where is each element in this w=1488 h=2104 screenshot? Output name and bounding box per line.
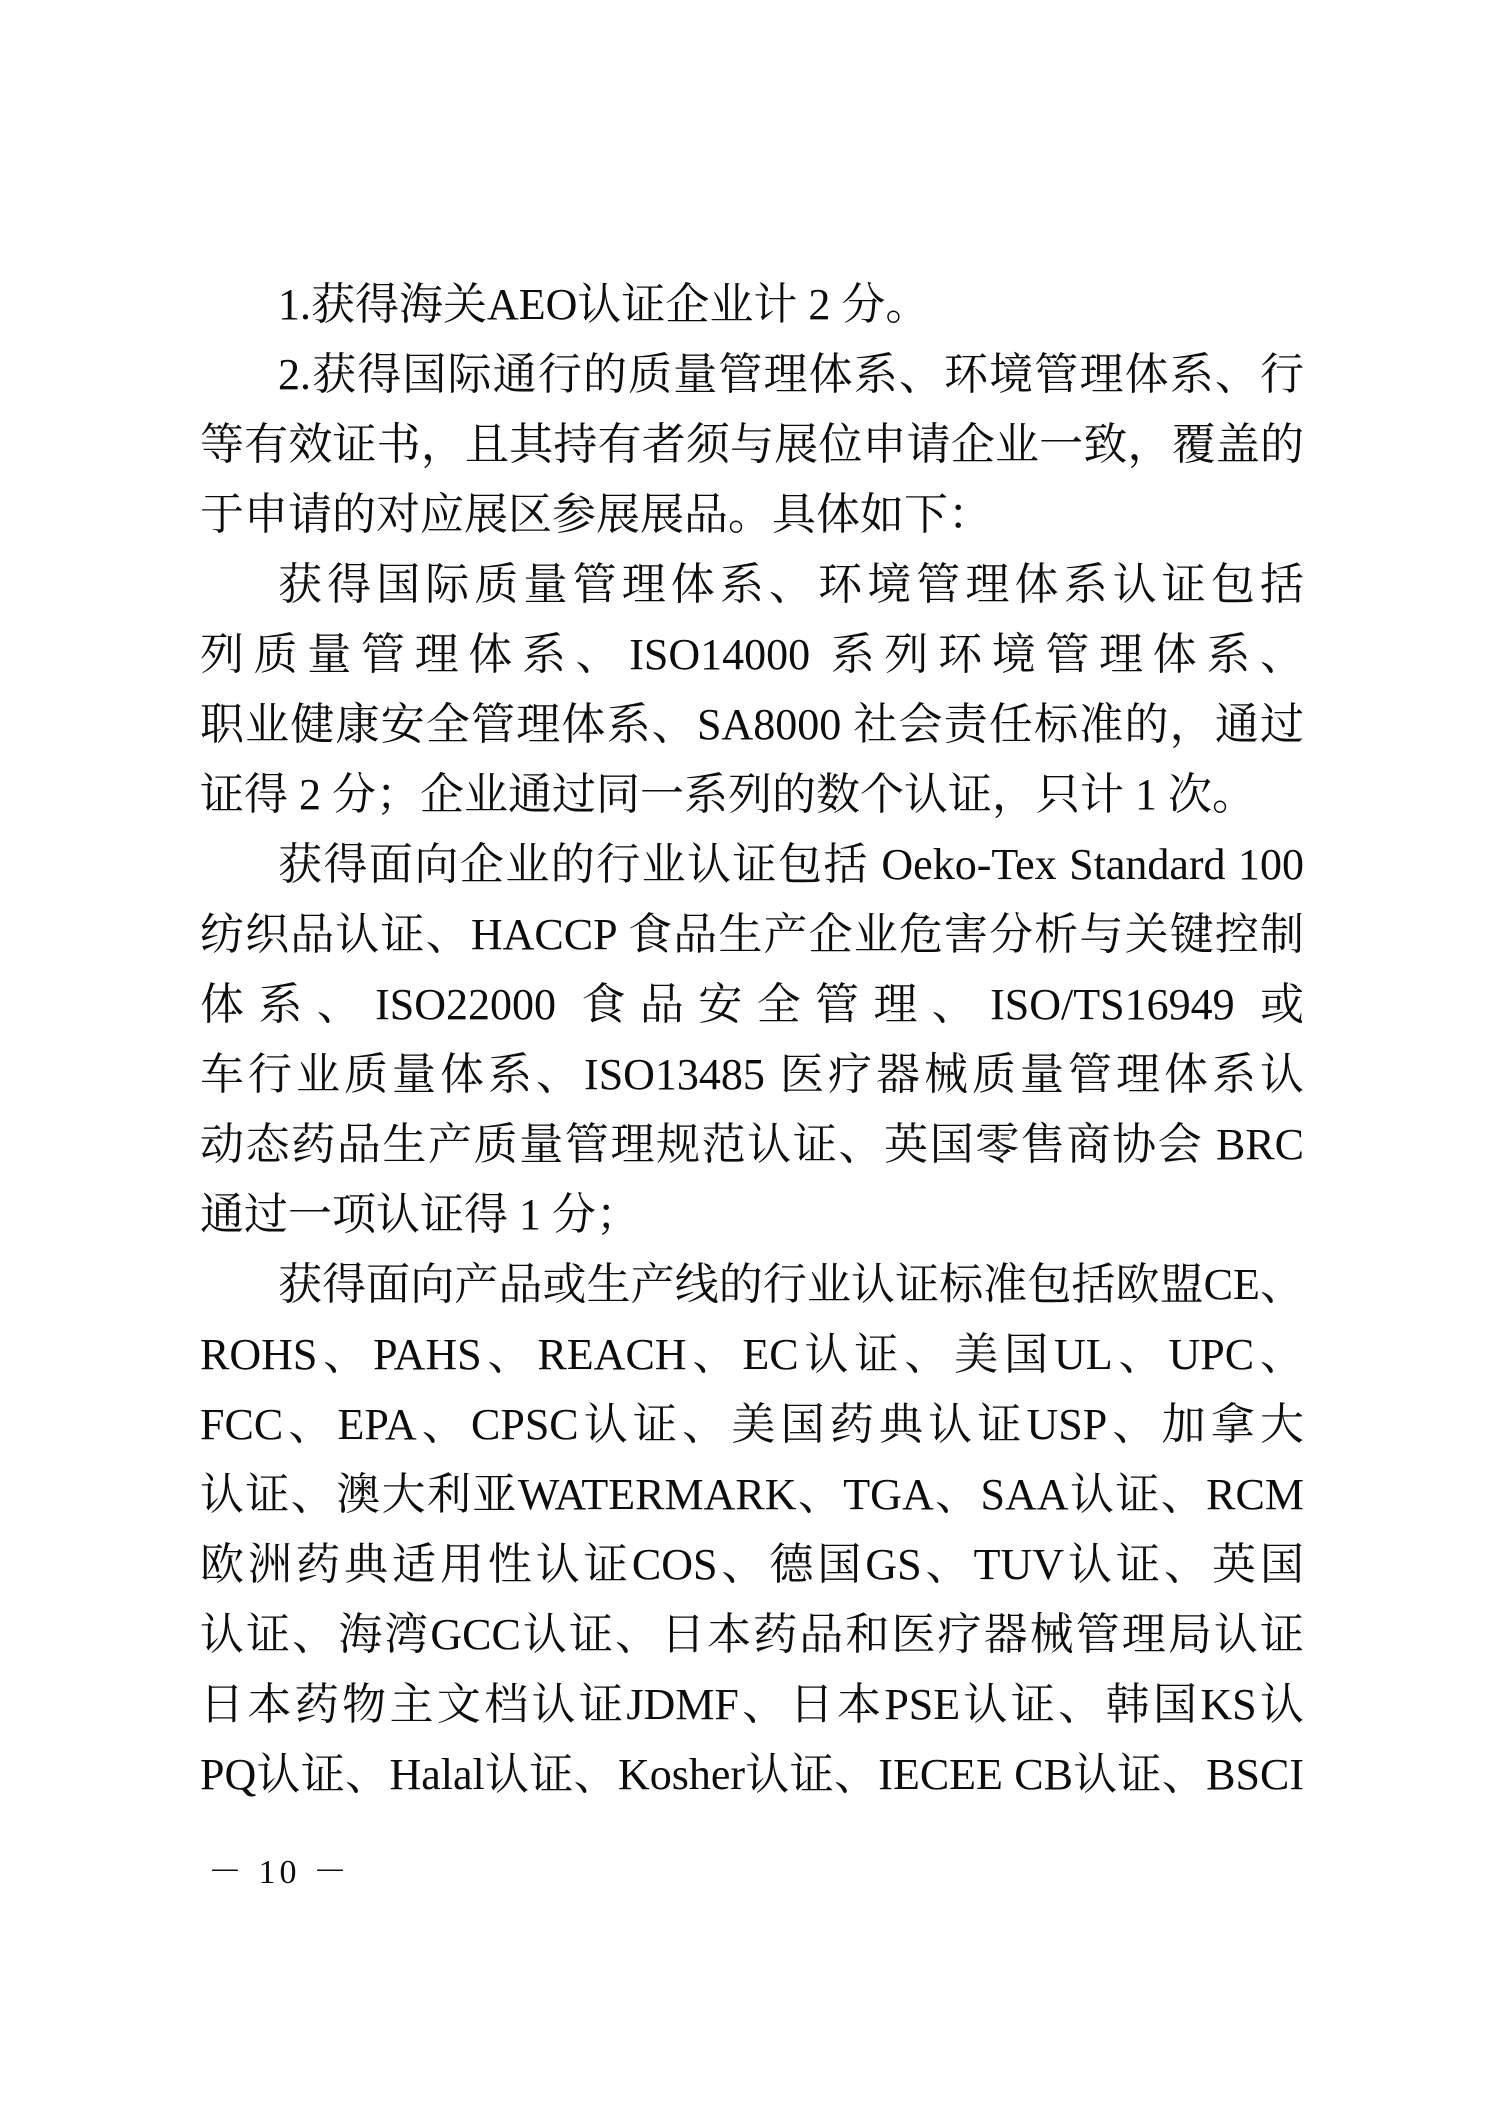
body-line: 获得面向企业的行业认证包括 Oeko-Tex Standard 100 生态 [200, 830, 1304, 900]
document-page: 1.获得海关AEO认证企业计 2 分。2.获得国际通行的质量管理体系、环境管理体… [0, 0, 1488, 2104]
body-line: ROHS、PAHS、REACH、EC认证、美国UL、UPC、FDA、ETL、 [200, 1320, 1304, 1390]
body-line: 通过一项认证得 1 分； [200, 1180, 1304, 1250]
body-line: 于申请的对应展区参展展品。具体如下： [200, 480, 1304, 550]
body-line: 列质量管理体系、ISO14000 系列环境管理体系、ISO45000 系列 [200, 620, 1304, 690]
document-body: 1.获得海关AEO认证企业计 2 分。2.获得国际通行的质量管理体系、环境管理体… [200, 270, 1304, 1810]
body-line: 获得面向产品或生产线的行业认证标准包括欧盟CE、EMC、 [200, 1250, 1304, 1320]
body-line: PQ认证、Halal认证、Kosher认证、IECEE CB认证、BSCI认证、 [200, 1740, 1304, 1810]
body-line: FCC、EPA、CPSC认证、美国药典认证USP、加拿大CSA、CETL [200, 1390, 1304, 1460]
body-line: 车行业质量体系、ISO13485 医疗器械质量管理体系认证、CGMP [200, 1040, 1304, 1110]
body-line: 2.获得国际通行的质量管理体系、环境管理体系、行业认证 [200, 340, 1304, 410]
page-number: － 10 － [208, 1854, 351, 1891]
body-line: 证得 2 分；企业通过同一系列的数个认证，只计 1 次。 [200, 760, 1304, 830]
body-line: 纺织品认证、HACCP 食品生产企业危害分析与关键控制点管理 [200, 900, 1304, 970]
body-line: 认证、海湾GCC认证、日本药品和医疗器械管理局认证PMDA、 [200, 1600, 1304, 1670]
body-line: 动态药品生产质量管理规范认证、英国零售商协会 BRC 认证等， [200, 1110, 1304, 1180]
body-line: 获得国际质量管理体系、环境管理体系认证包括ISO9000 系 [200, 550, 1304, 620]
body-line: 职业健康安全管理体系、SA8000 社会责任标准的，通过一项认 [200, 690, 1304, 760]
body-line: 1.获得海关AEO认证企业计 2 分。 [200, 270, 1304, 340]
body-line: 认证、澳大利亚WATERMARK、TGA、SAA认证、RCM认证、 [200, 1460, 1304, 1530]
body-line: 等有效证书，且其持有者须与展位申请企业一致，覆盖的产品属 [200, 410, 1304, 480]
body-line: 体系、ISO22000 食品安全管理、ISO/TS16949 或 IATF169… [200, 970, 1304, 1040]
body-line: 欧洲药典适用性认证COS、德国GS、TUV认证、英国BSI、UKCA [200, 1530, 1304, 1600]
page-footer: － 10 － [208, 1852, 351, 1894]
body-line: 日本药物主文档认证JDMF、日本PSE认证、韩国KS认证、WHO [200, 1670, 1304, 1740]
